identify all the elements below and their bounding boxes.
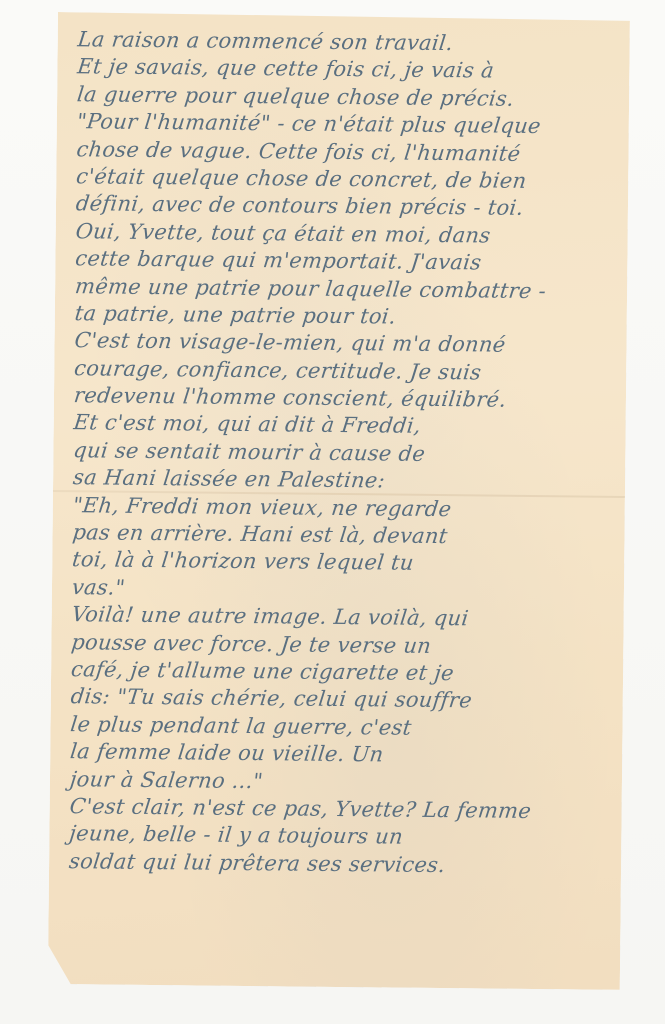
handwritten-text: La raison a commencé son travail. Et je …	[69, 26, 623, 881]
letter-page: La raison a commencé son travail. Et je …	[48, 12, 630, 990]
text-line: soldat qui lui prêtera ses services.	[68, 848, 616, 881]
